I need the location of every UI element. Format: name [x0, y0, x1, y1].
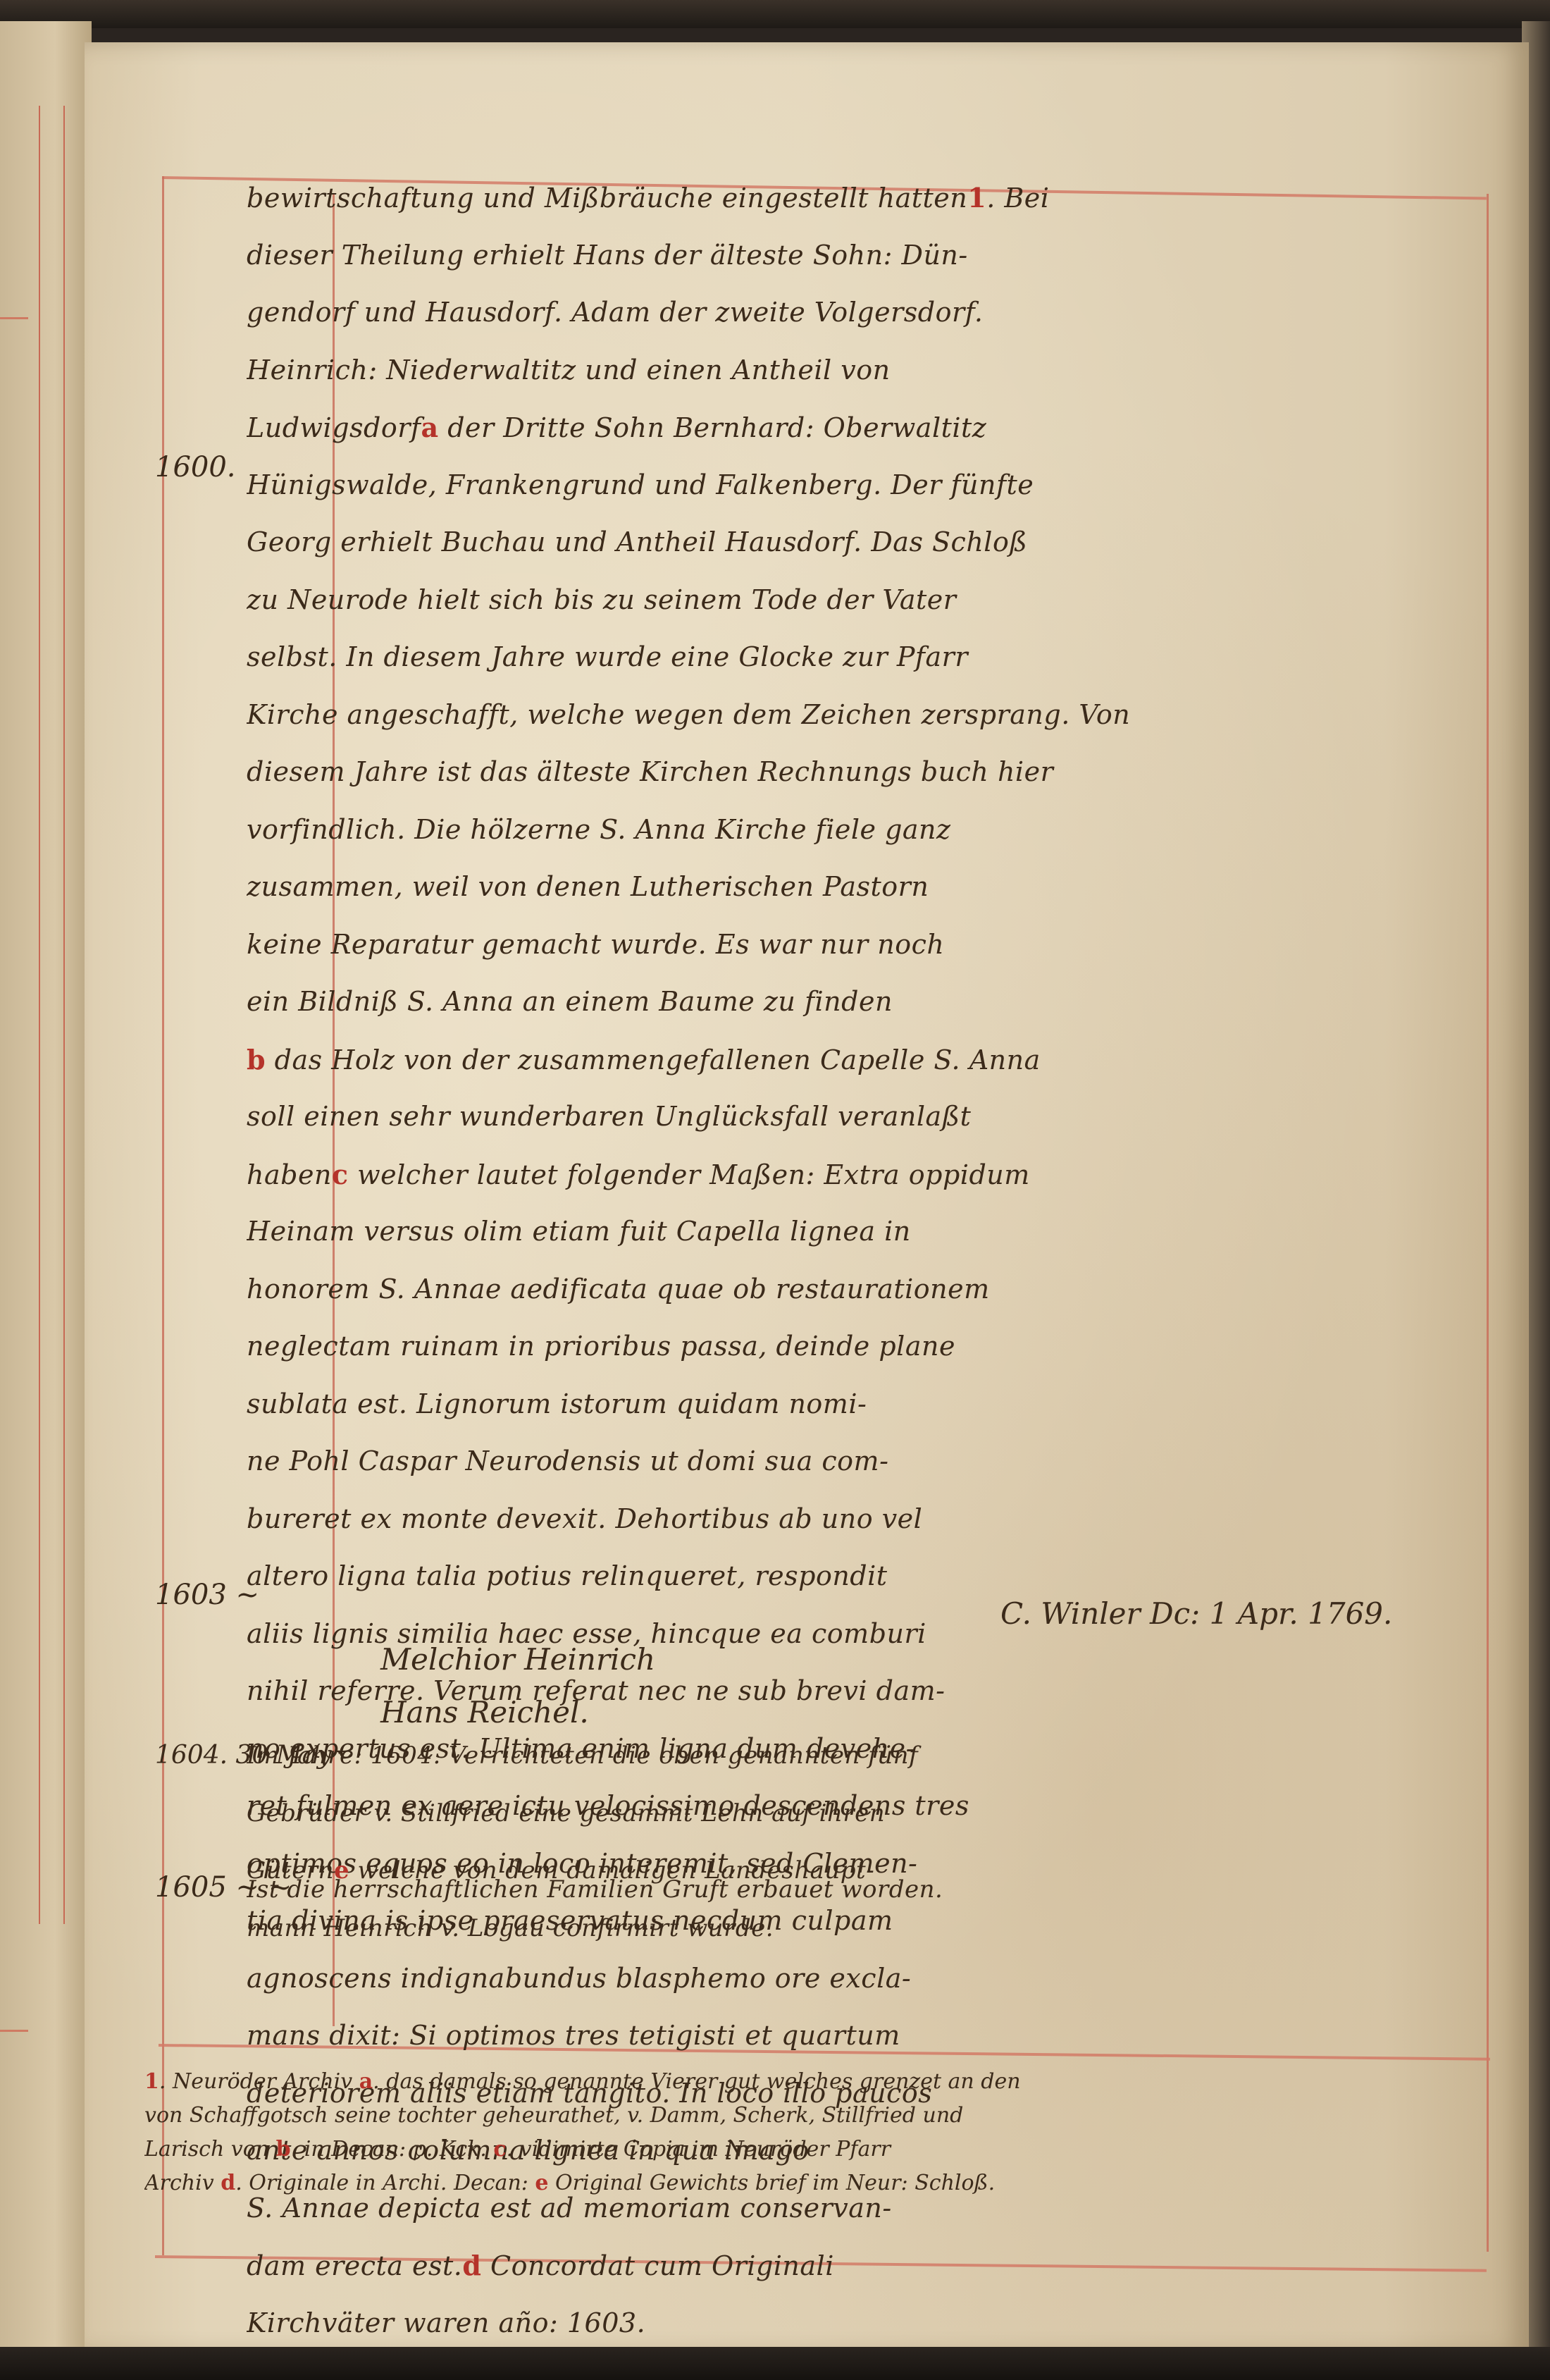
- footnote-marker: a: [359, 2069, 373, 2094]
- manuscript-line: Heinrich: Niederwaltitz und einen Anthei…: [247, 342, 1430, 400]
- entry-1604-line: Im Jahre: 1604. Verrichteten die oben ge…: [247, 1734, 1430, 1792]
- manuscript-line: Heinam versus olim etiam fuit Capella li…: [247, 1203, 1430, 1261]
- manuscript-line: dieser Theilung erhielt Hans der älteste…: [247, 227, 1430, 285]
- previous-page-edge: [0, 21, 92, 2347]
- manuscript-line: Georg erhielt Buchau und Antheil Hausdor…: [247, 514, 1430, 572]
- manuscript-line: zusammen, weil von denen Lutherischen Pa…: [247, 858, 1430, 916]
- book-binding-bottom: [0, 2347, 1550, 2380]
- footnote-marker: a: [421, 412, 438, 443]
- margin-year-1603: 1603 ~: [155, 1579, 259, 1611]
- manuscript-line: neglectam ruinam in prioribus passa, dei…: [247, 1318, 1430, 1376]
- right-red-rule: [1487, 194, 1489, 2252]
- manuscript-line: honorem S. Annae aedificata quae ob rest…: [247, 1261, 1430, 1319]
- footnote-marker: b: [276, 2137, 291, 2162]
- signature-hans-reichel: Hans Reichel.: [380, 1695, 589, 1729]
- entry-1605-block: Ist die herrschaftlichen Familien Gruft …: [247, 1868, 1430, 1925]
- manuscript-line: ein Bildniß S. Anna an einem Baume zu fi…: [247, 973, 1430, 1031]
- margin-year-1600: 1600.: [155, 451, 236, 483]
- manuscript-line: selbst. In diesem Jahre wurde eine Glock…: [247, 629, 1430, 686]
- entry-1605-line: Ist die herrschaftlichen Familien Gruft …: [247, 1868, 1430, 1925]
- footnote-line: 1. Neuröder Archiv a. das damals so gena…: [144, 2065, 1483, 2099]
- manuscript-line: Kirchväter waren año: 1603.: [247, 2295, 1430, 2353]
- footnote-marker: e: [535, 2171, 548, 2195]
- previous-page-rule: [39, 106, 40, 1924]
- previous-page-hrule: [0, 2030, 28, 2032]
- manuscript-line: gendorf und Hausdorf. Adam der zweite Vo…: [247, 284, 1430, 342]
- footnote-line: von Schaffgotsch seine tochter geheurath…: [144, 2099, 1483, 2133]
- footnotes-block: 1. Neuröder Archiv a. das damals so gena…: [144, 2065, 1483, 2200]
- previous-page-hrule: [0, 317, 28, 319]
- manuscript-line: keine Reparatur gemacht wurde. Es war nu…: [247, 916, 1430, 974]
- manuscript-line: b das Holz von der zusammengefallenen Ca…: [247, 1031, 1430, 1089]
- manuscript-line: dam erecta est.d Concordat cum Originali: [247, 2237, 1430, 2295]
- signature-winler: C. Winler Dc: 1 Apr. 1769.: [1000, 1596, 1392, 1631]
- manuscript-line: soll einen sehr wunderbaren Unglücksfall…: [247, 1088, 1430, 1146]
- footnote-line: Archiv d. Originale in Archi. Decan: e O…: [144, 2166, 1483, 2200]
- manuscript-line: diesem Jahre ist das älteste Kirchen Rec…: [247, 744, 1430, 801]
- manuscript-line: Hünigswalde, Frankengrund und Falkenberg…: [247, 457, 1430, 514]
- signature-melchior-heinrich: Melchior Heinrich: [380, 1642, 655, 1677]
- manuscript-line: mans dixit: Si optimos tres tetigisti et…: [247, 2007, 1430, 2065]
- footnote-marker: b: [247, 1044, 266, 1075]
- footnote-marker: 1: [967, 182, 986, 214]
- footnote-marker: 1: [144, 2069, 159, 2094]
- entry-1604-block: Im Jahre: 1604. Verrichteten die oben ge…: [247, 1734, 1430, 1963]
- book-binding-top: [0, 0, 1550, 28]
- footnote-line: Larisch von b. in Decan: p. Kck. c. vidi…: [144, 2133, 1483, 2166]
- manuscript-line: sublata est. Lignorum istorum quidam nom…: [247, 1376, 1430, 1433]
- manuscript-line: ne Pohl Caspar Neurodensis ut domi sua c…: [247, 1433, 1430, 1491]
- manuscript-line: bewirtschaftung und Mißbräuche eingestel…: [247, 169, 1430, 227]
- main-text-block: bewirtschaftung und Mißbräuche eingestel…: [247, 169, 1430, 2352]
- manuscript-line: Ludwigsdorfa der Dritte Sohn Bernhard: O…: [247, 399, 1430, 457]
- entry-1604-line: Gebrüder v. Stillfried eine gesammt Lehn…: [247, 1792, 1430, 1849]
- footnote-marker: c: [493, 2137, 506, 2162]
- manuscript-line: zu Neurode hielt sich bis zu seinem Tode…: [247, 572, 1430, 629]
- footnote-marker: d: [221, 2171, 235, 2195]
- manuscript-line: Kirche angeschafft, welche wegen dem Zei…: [247, 686, 1430, 744]
- left-outer-red-rule: [162, 176, 164, 2255]
- manuscript-line: habenc welcher lautet folgender Maßen: E…: [247, 1146, 1430, 1204]
- manuscript-line: bureret ex monte devexit. Dehortibus ab …: [247, 1491, 1430, 1548]
- previous-page-rule: [63, 106, 65, 1924]
- manuscript-line: vorfindlich. Die hölzerne S. Anna Kirche…: [247, 801, 1430, 859]
- footnote-marker: c: [332, 1159, 349, 1190]
- footnote-marker: d: [462, 2250, 481, 2281]
